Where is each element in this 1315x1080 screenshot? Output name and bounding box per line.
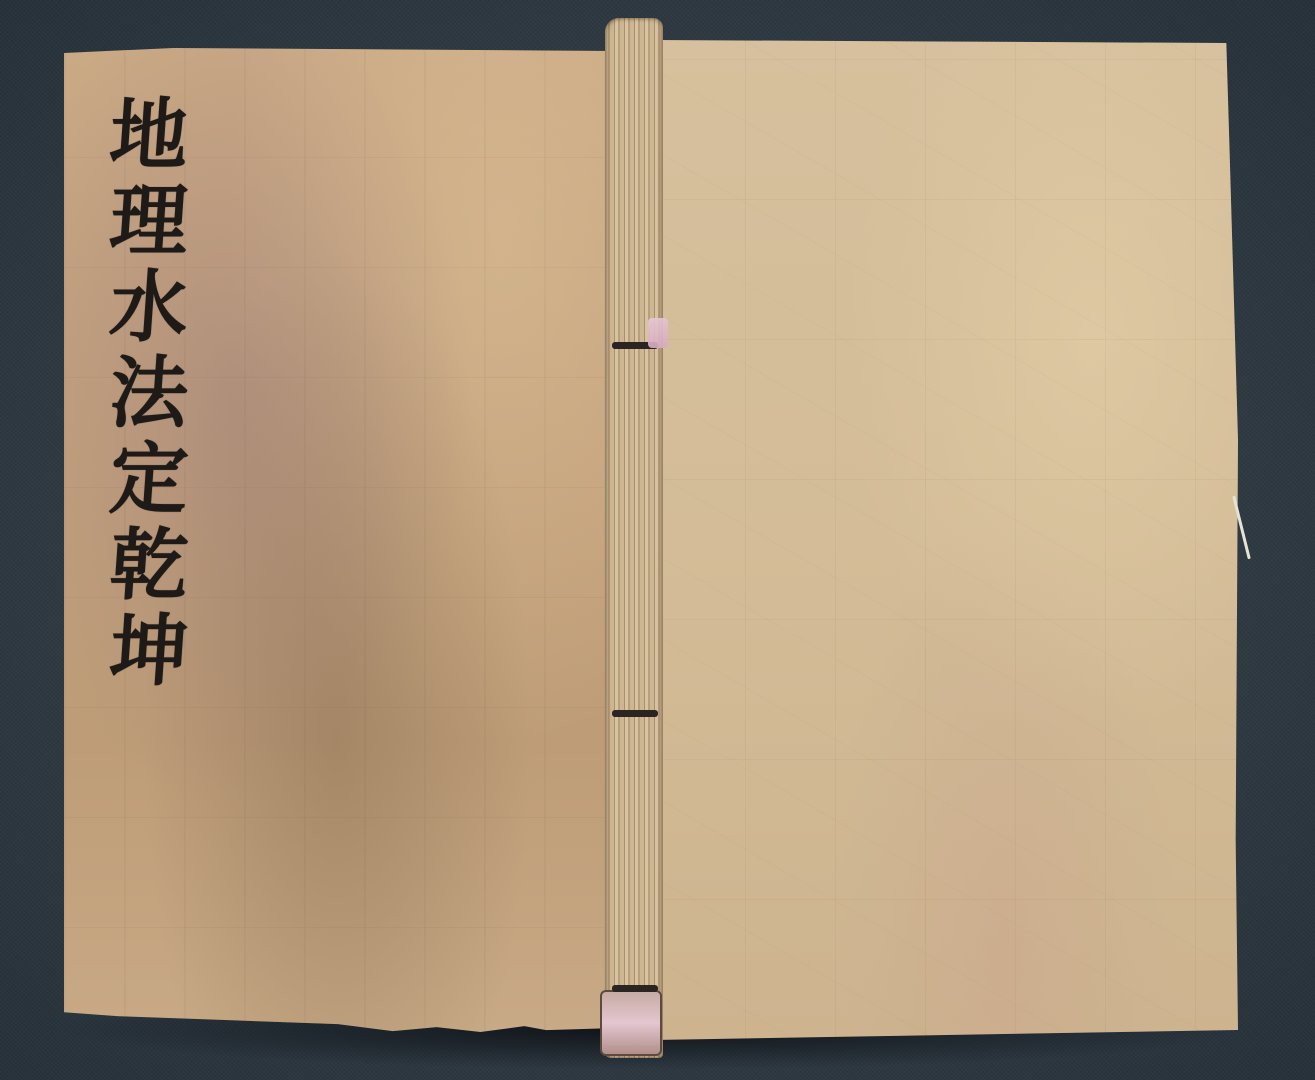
title-char: 法 <box>107 353 191 435</box>
title-char: 理 <box>107 181 191 263</box>
title-char: 坤 <box>107 611 191 693</box>
book-title: 地理水法定乾坤 地 理 水 法 定 乾 坤 <box>104 95 194 693</box>
book-spine <box>605 18 663 1058</box>
binding-stitch <box>612 985 658 992</box>
title-char: 定 <box>107 439 191 521</box>
title-char: 水 <box>107 267 191 349</box>
title-char: 乾 <box>107 525 191 607</box>
binding-stitch <box>612 710 658 717</box>
pink-paper-tab <box>648 318 668 348</box>
spine-end-cap <box>600 990 662 1056</box>
book-blank-page <box>655 40 1238 1040</box>
title-char: 地 <box>107 95 191 177</box>
